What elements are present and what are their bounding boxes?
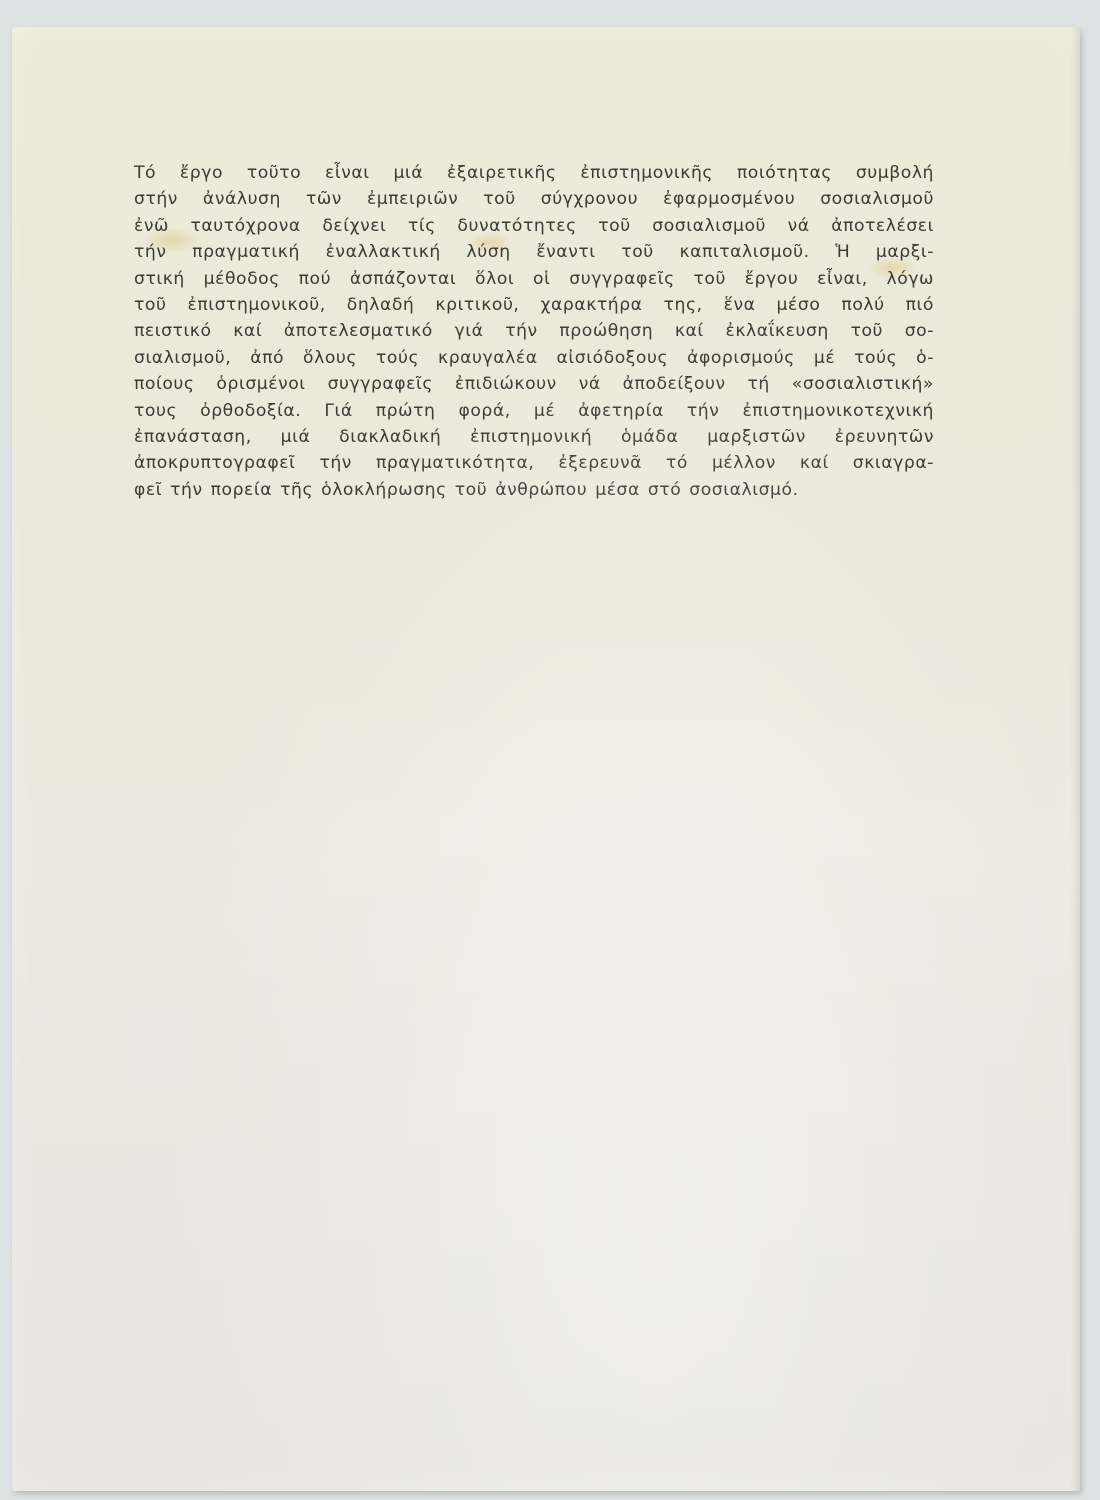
blurb-line: ἐνῶ ταυτόχρονα δείχνει τίς δυνατότητες τ…	[134, 213, 934, 239]
blurb-line: τοῦ ἐπιστημονικοῦ, δηλαδή κριτικοῦ, χαρα…	[134, 292, 934, 318]
blurb-line: ἐπανάσταση, μιά διακλαδική ἐπιστημονική …	[134, 424, 934, 450]
blurb-line: τους ὀρθοδοξία. Γιά πρώτη φορά, μέ ἀφετη…	[134, 398, 934, 424]
blurb-line: στήν ἀνάλυση τῶν ἐμπειριῶν τοῦ σύγχρονου…	[134, 186, 934, 212]
blurb-line: στική μέθοδος πού ἀσπάζονται ὅλοι οἱ συγ…	[134, 266, 934, 292]
blurb-line: ποίους ὁρισμένοι συγγραφεῖς ἐπιδιώκουν ν…	[134, 371, 934, 397]
book-back-cover: Τό ἔργο τοῦτο εἶναι μιά ἐξαιρετικῆς ἐπισ…	[12, 27, 1080, 1491]
back-cover-blurb: Τό ἔργο τοῦτο εἶναι μιά ἐξαιρετικῆς ἐπισ…	[134, 160, 934, 503]
blurb-line-last: φεῖ τήν πορεία τῆς ὁλοκλήρωσης τοῦ ἀνθρώ…	[134, 477, 934, 503]
blurb-line: τήν πραγματική ἐναλλακτική λύση ἔναντι τ…	[134, 239, 934, 265]
blurb-line: ἀποκρυπτογραφεῖ τήν πραγματικότητα, ἐξερ…	[134, 450, 934, 476]
blurb-line: σιαλισμοῦ, ἀπό ὅλους τούς κραυγαλέα αἰσι…	[134, 345, 934, 371]
cover-right-edge	[1070, 27, 1080, 1491]
blurb-line: Τό ἔργο τοῦτο εἶναι μιά ἐξαιρετικῆς ἐπισ…	[134, 160, 934, 186]
blurb-line: πειστικό καί ἀποτελεσματικό γιά τήν προώ…	[134, 318, 934, 344]
